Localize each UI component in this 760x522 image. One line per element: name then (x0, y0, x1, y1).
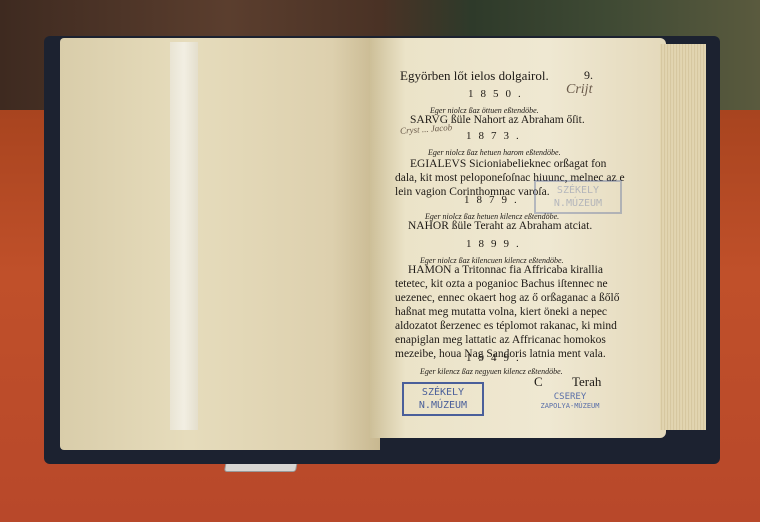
year-1899: 1899. (466, 238, 526, 250)
stamp-line: N.MÚZEUM (408, 399, 478, 412)
stamp-line: CSEREY (530, 392, 610, 402)
entry-line: uezenec, ennec okaert hog az ő orßaganac… (395, 292, 619, 304)
entry-line: NAHOR ßüle Teraht az Abraham atciat. (408, 220, 592, 232)
entry-line: haßnat meg mutatta volna, kiert öneki a … (395, 306, 607, 318)
entry-line: enapiglan meg lattatic az Affricanac hom… (395, 334, 606, 346)
catchword-letter: C (534, 374, 543, 390)
page-edges (660, 44, 706, 430)
entry-line: HAMON a Tritonnac fia Affricaba kirallia (408, 264, 603, 276)
repair-tape (170, 42, 198, 430)
entry-line: EGIALEVS Sicioniabelieknec orßagat fon (410, 158, 606, 170)
stamp-line: SZÉKELY (540, 184, 616, 197)
subtitle-1873: Eger niolcz ßaz hetuen harom eßtendöbe. (428, 148, 561, 157)
handwritten-signature: Crijt (566, 82, 592, 98)
page-number: 9. (584, 68, 593, 83)
year-1873: 1873. (466, 130, 526, 142)
left-page (60, 38, 380, 450)
year-1949: 1949. (466, 352, 526, 364)
running-head: Egyörben lőt ielos dolgairol. (400, 68, 549, 84)
stamp-line: SZÉKELY (408, 386, 478, 399)
entry-line: aldozatot ßerzenec es téplomot rakanac, … (395, 320, 617, 332)
faded-museum-stamp: SZÉKELY N.MÚZEUM (534, 180, 622, 214)
stamp-line: N.MÚZEUM (540, 197, 616, 210)
museum-stamp: SZÉKELY N.MÚZEUM (402, 382, 484, 416)
catchword: Terah (572, 374, 601, 390)
year-1850: 1850. (468, 88, 528, 100)
year-1879: 1879. (464, 194, 524, 206)
entry-line: tetetec, kit ozta a poganioc Bachus iſte… (395, 278, 608, 290)
stamp-line: ZAPOLYA-MÚZEUM (530, 402, 610, 410)
round-museum-stamp: CSEREY ZAPOLYA-MÚZEUM (530, 392, 610, 410)
